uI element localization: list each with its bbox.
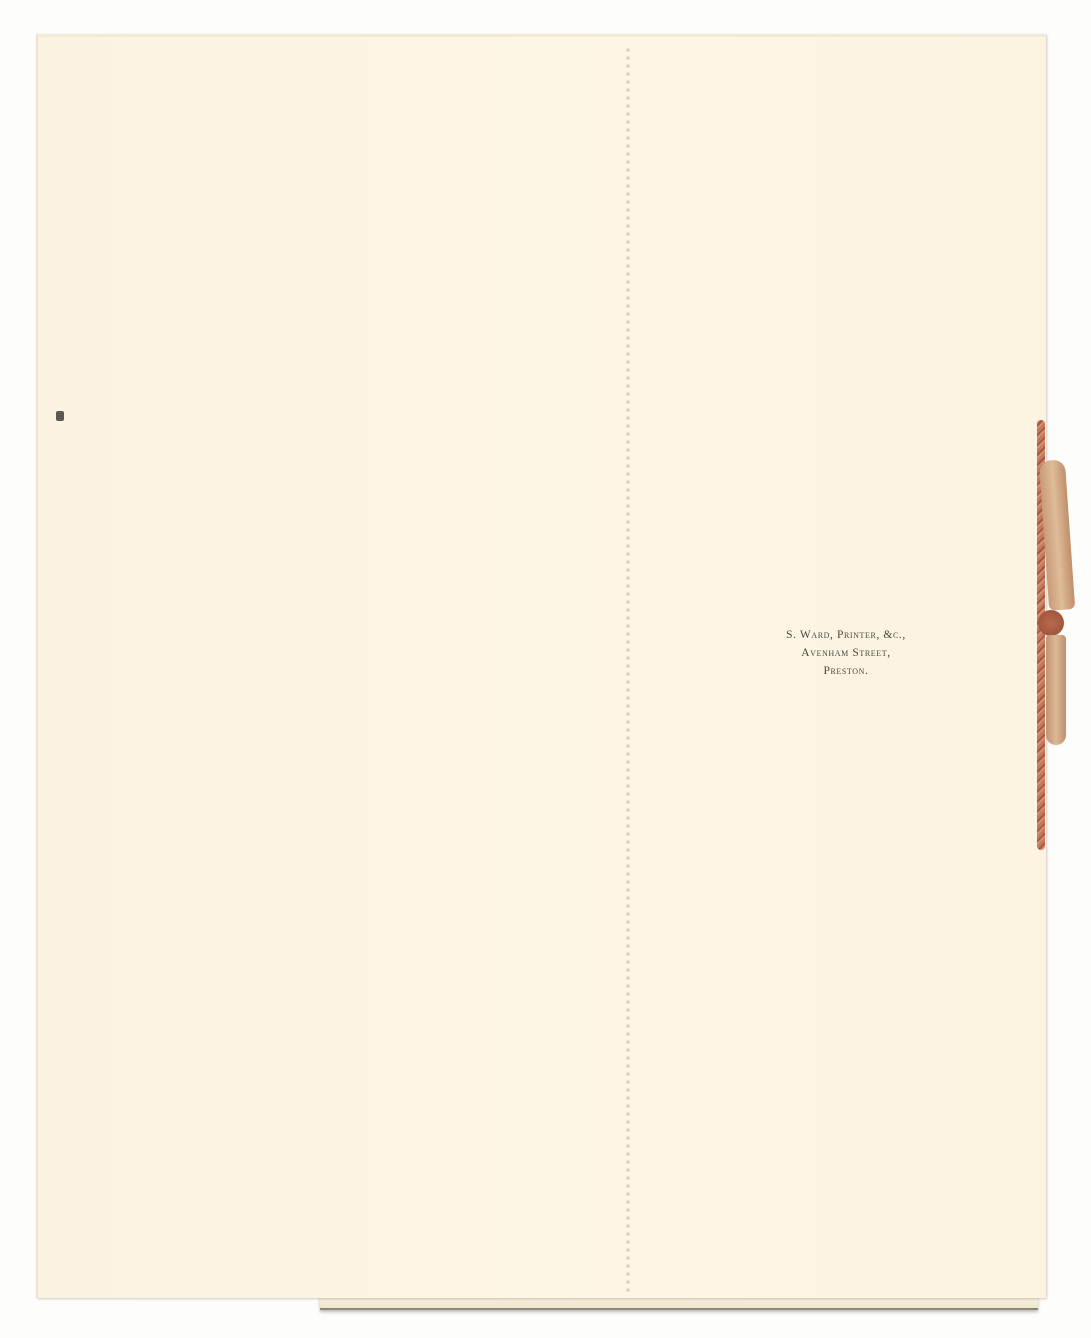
tassel-lower-end [1046, 635, 1066, 745]
tassel-knot [1038, 610, 1064, 636]
back-cover-page: S. Ward, Printer, &c., Avenham Street, P… [36, 34, 1046, 1298]
tassel-upper-loop [1039, 459, 1075, 610]
imprint-line-2: Avenham Street, [738, 644, 954, 662]
punch-hole-mark [56, 411, 64, 421]
perforation-line [623, 46, 633, 1296]
imprint-line-3: Preston. [738, 662, 954, 680]
printer-imprint: S. Ward, Printer, &c., Avenham Street, P… [738, 626, 954, 680]
cord-tassel-bow [1044, 460, 1070, 770]
imprint-line-1: S. Ward, Printer, &c., [738, 626, 954, 644]
page-top-edge [38, 34, 1046, 37]
